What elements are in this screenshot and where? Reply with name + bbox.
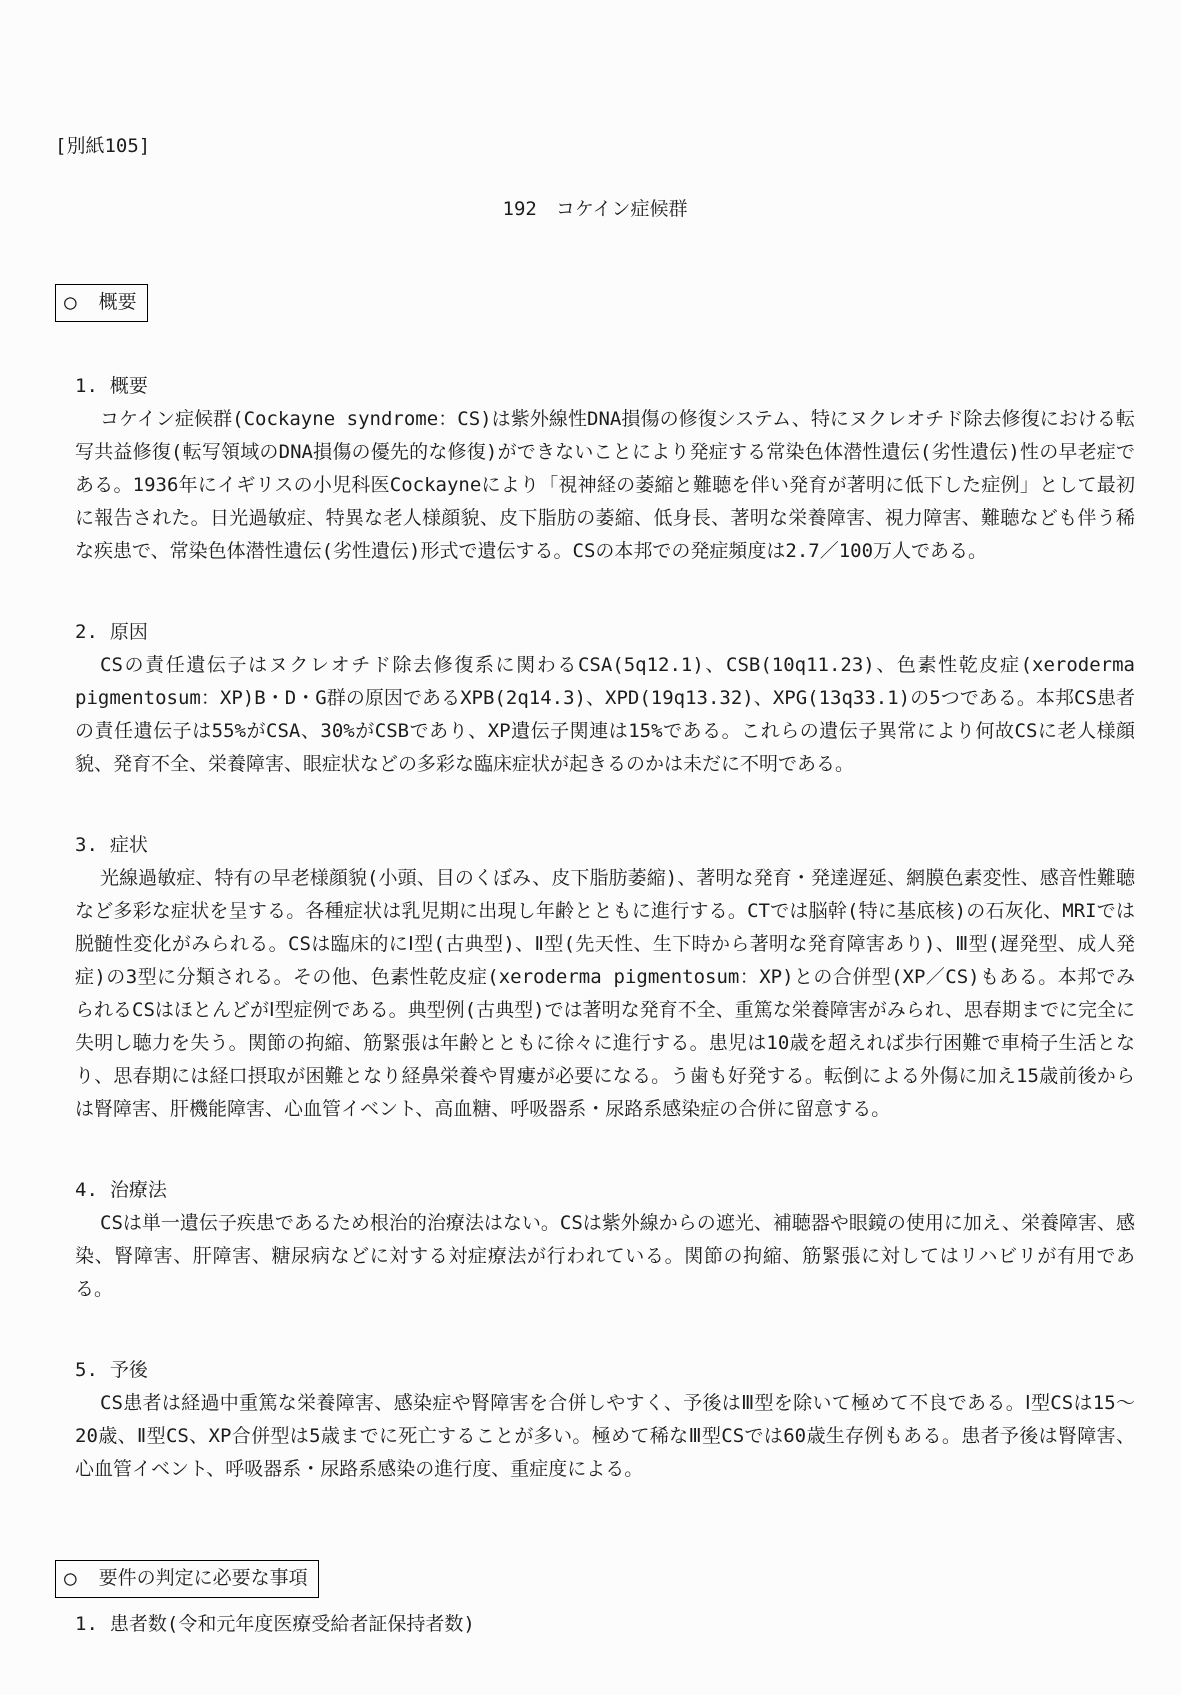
criteria-item-patient-count: 1.患者数(令和元年度医療受給者証保持者数) [75, 1608, 1135, 1641]
section-number: 5. [75, 1354, 98, 1387]
section-heading: 3.症状 [75, 829, 1135, 862]
document-page: [別紙105] 192 コケイン症候群 ○ 概要 1.概要 コケイン症候群(Co… [0, 0, 1181, 1695]
criteria-section-label: 要件の判定に必要な事項 [99, 1562, 308, 1595]
section-body-text: CS患者は経過中重篤な栄養障害、感染症や腎障害を合併しやすく、予後はⅢ型を除いて… [75, 1387, 1135, 1486]
circle-bullet-icon: ○ [64, 1562, 77, 1595]
section-heading: 2.原因 [75, 616, 1135, 649]
criteria-item-text: 患者数(令和元年度医療受給者証保持者数) [110, 1613, 475, 1635]
section-number: 2. [75, 616, 98, 649]
overview-section-header: ○ 概要 [55, 284, 148, 322]
section-title: 症状 [110, 834, 148, 856]
overview-section-label: 概要 [99, 286, 137, 319]
section-overview: 1.概要 コケイン症候群(Cockayne syndrome：CS)は紫外線性D… [75, 370, 1135, 568]
section-cause: 2.原因 CSの責任遺伝子はヌクレオチド除去修復系に関わるCSA(5q12.1)… [75, 616, 1135, 781]
section-treatment: 4.治療法 CSは単一遺伝子疾患であるため根治的治療法はない。CSは紫外線からの… [75, 1174, 1135, 1306]
section-number: 3. [75, 829, 98, 862]
section-body-text: コケイン症候群(Cockayne syndrome：CS)は紫外線性DNA損傷の… [75, 403, 1135, 568]
section-symptoms: 3.症状 光線過敏症、特有の早老様顔貌(小頭、目のくぼみ、皮下脂肪萎縮)、著明な… [75, 829, 1135, 1126]
section-heading: 1.概要 [75, 370, 1135, 403]
section-body-text: CSの責任遺伝子はヌクレオチド除去修復系に関わるCSA(5q12.1)、CSB(… [75, 649, 1135, 781]
section-title: 予後 [110, 1359, 148, 1381]
section-number: 1. [75, 370, 98, 403]
attachment-label: [別紙105] [55, 130, 1135, 163]
circle-bullet-icon: ○ [64, 286, 77, 319]
section-body-text: CSは単一遺伝子疾患であるため根治的治療法はない。CSは紫外線からの遮光、補聴器… [75, 1207, 1135, 1306]
page-title: 192 コケイン症候群 [55, 193, 1135, 226]
section-heading: 4.治療法 [75, 1174, 1135, 1207]
section-title: 概要 [110, 375, 148, 397]
criteria-section-header: ○ 要件の判定に必要な事項 [55, 1560, 319, 1598]
section-title: 原因 [110, 621, 148, 643]
overview-sections: 1.概要 コケイン症候群(Cockayne syndrome：CS)は紫外線性D… [55, 370, 1135, 1486]
section-prognosis: 5.予後 CS患者は経過中重篤な栄養障害、感染症や腎障害を合併しやすく、予後はⅢ… [75, 1354, 1135, 1486]
section-title: 治療法 [110, 1179, 167, 1201]
criteria-item-number: 1. [75, 1608, 98, 1641]
section-heading: 5.予後 [75, 1354, 1135, 1387]
section-number: 4. [75, 1174, 98, 1207]
section-body-text: 光線過敏症、特有の早老様顔貌(小頭、目のくぼみ、皮下脂肪萎縮)、著明な発育・発達… [75, 862, 1135, 1126]
